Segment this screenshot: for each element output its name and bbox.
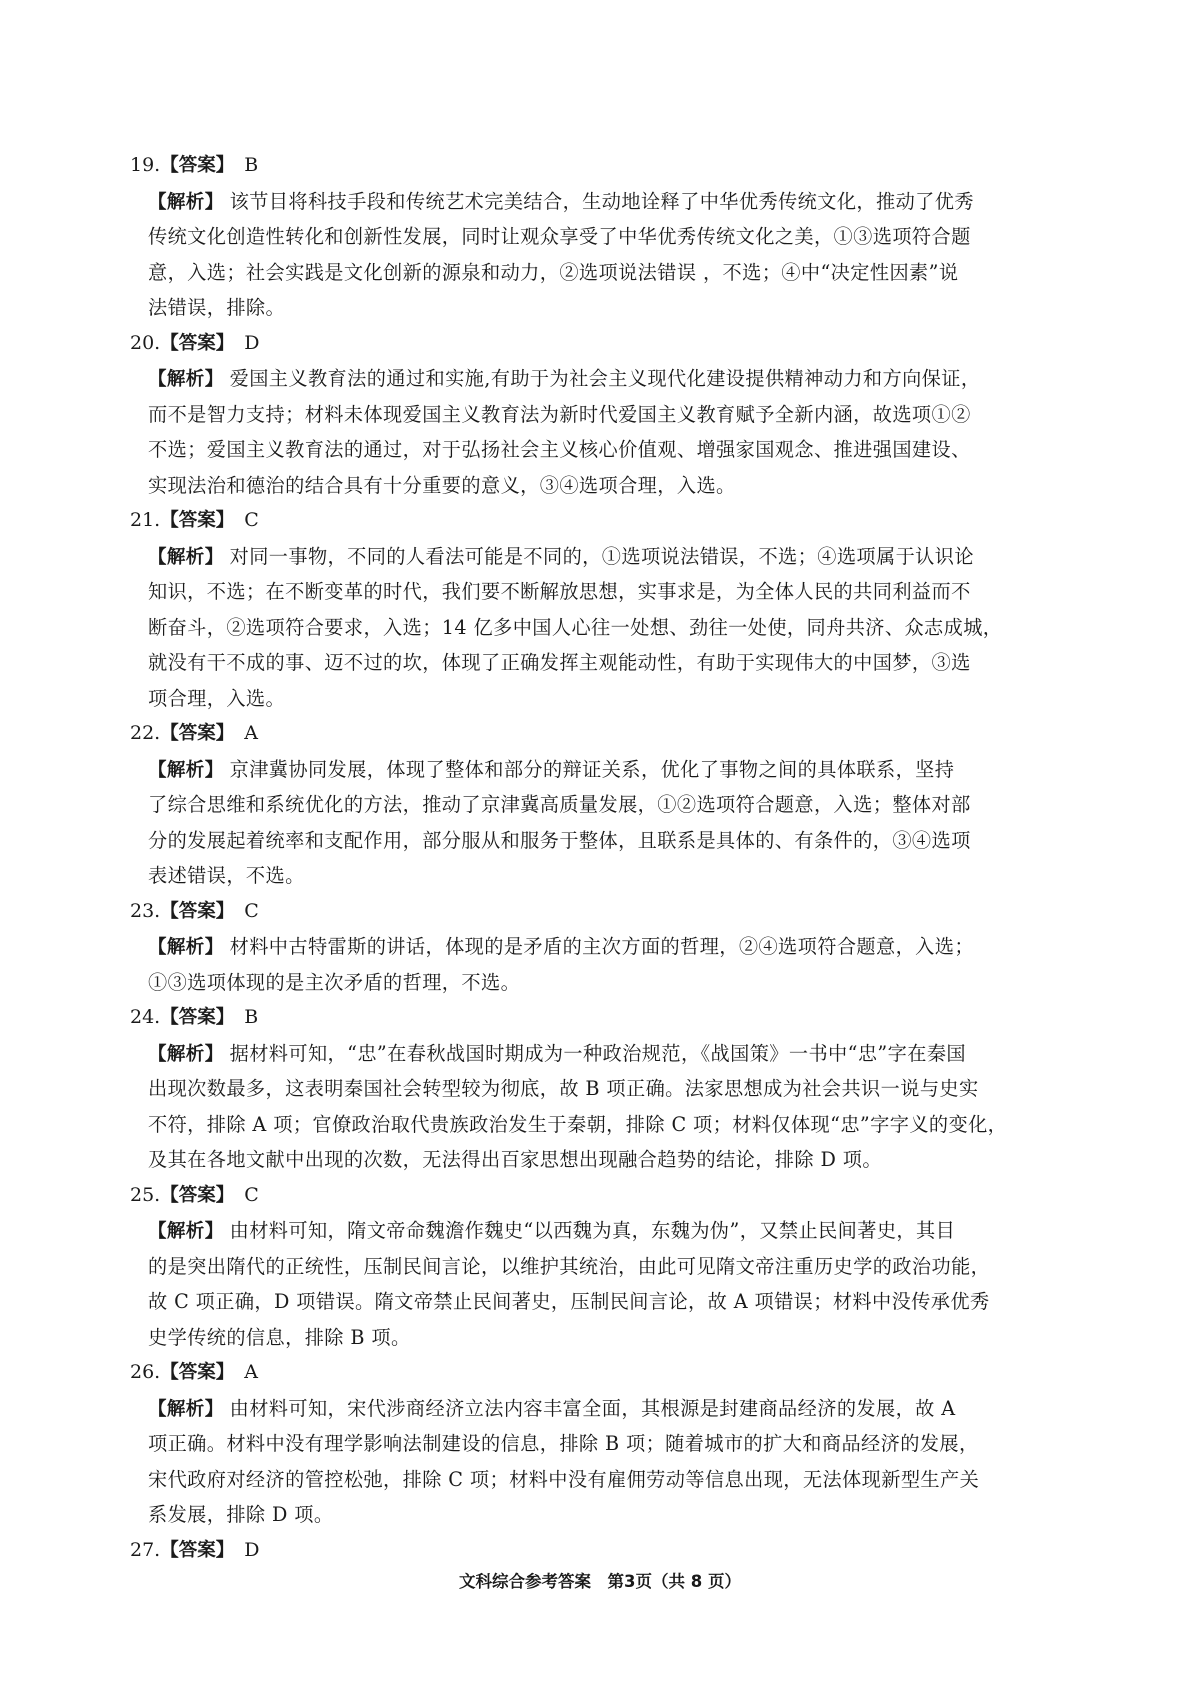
analysis-line: 不选；爱国主义教育法的通过，对于弘扬社会主义核心价值观、增强家国观念、推进强国建… xyxy=(148,432,1070,468)
page-footer: 文科综合参考答案 第3页（共 8 页） xyxy=(0,1568,1200,1592)
analysis-text: 而不是智力支持；材料未体现爱国主义教育法为新时代爱国主义教育赋予全新内涵，故选项… xyxy=(148,403,971,426)
analysis-label: 【解析】 xyxy=(148,1221,224,1242)
analysis-paragraph: 【解析】据材料可知，“忠”在春秋战国时期成为一种政治规范，《战国策》一书中“忠”… xyxy=(130,1036,1070,1178)
question-item: 22.【答案】A【解析】京津冀协同发展，体现了整体和部分的辩证关系，优化了事物之… xyxy=(130,716,1070,894)
analysis-label: 【解析】 xyxy=(148,192,224,213)
analysis-text: 断奋斗，②选项符合要求，入选；14 亿多中国人心往一处想、劲往一处使，同舟共济、… xyxy=(148,616,1002,639)
analysis-line: 就没有干不成的事、迈不过的坎，体现了正确发挥主观能动性，有助于实现伟大的中国梦，… xyxy=(148,645,1070,681)
question-item: 21.【答案】C【解析】对同一事物，不同的人看法可能是不同的，①选项说法错误，不… xyxy=(130,503,1070,716)
analysis-line: 【解析】该节目将科技手段和传统艺术完美结合，生动地诠释了中华优秀传统文化，推动了… xyxy=(148,184,1070,220)
answer-line: 21.【答案】C xyxy=(130,503,1070,539)
analysis-line: ①③选项体现的是主次矛盾的哲理，不选。 xyxy=(148,965,1070,1001)
analysis-label: 【解析】 xyxy=(148,937,224,958)
analysis-line: 及其在各地文献中出现的次数，无法得出百家思想出现融合趋势的结论，排除 D 项。 xyxy=(148,1142,1070,1178)
answer-value: A xyxy=(244,722,258,744)
analysis-label: 【解析】 xyxy=(148,1399,224,1420)
analysis-text: 实现法治和德治的结合具有十分重要的意义，③④选项合理，入选。 xyxy=(148,474,736,497)
analysis-text: 爱国主义教育法的通过和实施,有助于为社会主义现代化建设提供精神动力和方向保证， xyxy=(230,367,981,390)
analysis-text: 系发展，排除 D 项。 xyxy=(148,1503,333,1526)
analysis-text: 宋代政府对经济的管控松弛，排除 C 项；材料中没有雇佣劳动等信息出现，无法体现新… xyxy=(148,1468,979,1491)
analysis-paragraph: 【解析】材料中古特雷斯的讲话，体现的是矛盾的主次方面的哲理，②④选项符合题意，入… xyxy=(130,929,1070,1000)
question-number: 26. xyxy=(130,1355,160,1391)
question-number: 21. xyxy=(130,503,160,539)
analysis-label: 【解析】 xyxy=(148,1044,224,1065)
analysis-paragraph: 【解析】该节目将科技手段和传统艺术完美结合，生动地诠释了中华优秀传统文化，推动了… xyxy=(130,184,1070,326)
analysis-text: 由材料可知，宋代涉商经济立法内容丰富全面，其根源是封建商品经济的发展，故 A xyxy=(230,1397,956,1420)
answer-line: 20.【答案】D xyxy=(130,326,1070,362)
analysis-line: 【解析】对同一事物，不同的人看法可能是不同的，①选项说法错误，不选；④选项属于认… xyxy=(148,539,1070,575)
analysis-text: 故 C 项正确，D 项错误。隋文帝禁止民间著史，压制民间言论，故 A 项错误；材… xyxy=(148,1290,990,1313)
answer-label: 【答案】 xyxy=(160,510,234,531)
analysis-line: 出现次数最多，这表明秦国社会转型较为彻底，故 B 项正确。法家思想成为社会共识一… xyxy=(148,1071,1070,1107)
analysis-line: 的是突出隋代的正统性，压制民间言论，以维护其统治，由此可见隋文帝注重历史学的政治… xyxy=(148,1249,1070,1285)
answer-line: 23.【答案】C xyxy=(130,894,1070,930)
question-item: 19.【答案】B【解析】该节目将科技手段和传统艺术完美结合，生动地诠释了中华优秀… xyxy=(130,148,1070,326)
answer-label: 【答案】 xyxy=(160,1540,234,1561)
question-number: 27. xyxy=(130,1533,160,1569)
analysis-text: 了综合思维和系统优化的方法，推动了京津冀高质量发展，①②选项符合题意，入选；整体… xyxy=(148,793,971,816)
analysis-text: 传统文化创造性转化和创新性发展，同时让观众享受了中华优秀传统文化之美，①③选项符… xyxy=(148,225,971,248)
answer-line: 19.【答案】B xyxy=(130,148,1070,184)
analysis-text: 由材料可知，隋文帝命魏澹作魏史“以西魏为真，东魏为伪”，又禁止民间著史，其目 xyxy=(230,1219,956,1242)
answer-key-content: 19.【答案】B【解析】该节目将科技手段和传统艺术完美结合，生动地诠释了中华优秀… xyxy=(130,148,1070,1568)
answer-line: 27.【答案】D xyxy=(130,1533,1070,1569)
analysis-text: 该节目将科技手段和传统艺术完美结合，生动地诠释了中华优秀传统文化，推动了优秀 xyxy=(230,190,974,213)
document-page: 19.【答案】B【解析】该节目将科技手段和传统艺术完美结合，生动地诠释了中华优秀… xyxy=(0,0,1200,1698)
analysis-text: 意，入选；社会实践是文化创新的源泉和动力，②选项说法错误 ，不选；④中“决定性因… xyxy=(148,261,958,284)
analysis-text: 不符，排除 A 项；官僚政治取代贵族政治发生于秦朝，排除 C 项；材料仅体现“忠… xyxy=(148,1113,1007,1136)
answer-value: D xyxy=(244,332,259,354)
answer-value: C xyxy=(244,509,259,531)
answer-value: C xyxy=(244,900,259,922)
question-number: 19. xyxy=(130,148,160,184)
analysis-text: 京津冀协同发展，体现了整体和部分的辩证关系，优化了事物之间的具体联系，坚持 xyxy=(230,758,955,781)
answer-label: 【答案】 xyxy=(160,1007,234,1028)
answer-label: 【答案】 xyxy=(160,1362,234,1383)
analysis-paragraph: 【解析】京津冀协同发展，体现了整体和部分的辩证关系，优化了事物之间的具体联系，坚… xyxy=(130,752,1070,894)
analysis-line: 法错误，排除。 xyxy=(148,290,1070,326)
analysis-line: 【解析】由材料可知，宋代涉商经济立法内容丰富全面，其根源是封建商品经济的发展，故… xyxy=(148,1391,1070,1427)
analysis-paragraph: 【解析】爱国主义教育法的通过和实施,有助于为社会主义现代化建设提供精神动力和方向… xyxy=(130,361,1070,503)
analysis-text: 分的发展起着统率和支配作用，部分服从和服务于整体，且联系是具体的、有条件的，③④… xyxy=(148,829,971,852)
answer-value: A xyxy=(244,1361,258,1383)
answer-value: B xyxy=(244,1006,258,1028)
analysis-text: 出现次数最多，这表明秦国社会转型较为彻底，故 B 项正确。法家思想成为社会共识一… xyxy=(148,1077,979,1100)
analysis-line: 项合理，入选。 xyxy=(148,681,1070,717)
answer-label: 【答案】 xyxy=(160,1185,234,1206)
analysis-line: 【解析】据材料可知，“忠”在春秋战国时期成为一种政治规范，《战国策》一书中“忠”… xyxy=(148,1036,1070,1072)
analysis-line: 史学传统的信息，排除 B 项。 xyxy=(148,1320,1070,1356)
analysis-text: 就没有干不成的事、迈不过的坎，体现了正确发挥主观能动性，有助于实现伟大的中国梦，… xyxy=(148,651,971,674)
analysis-text: 史学传统的信息，排除 B 项。 xyxy=(148,1326,411,1349)
answer-label: 【答案】 xyxy=(160,723,234,744)
analysis-line: 系发展，排除 D 项。 xyxy=(148,1497,1070,1533)
analysis-line: 【解析】爱国主义教育法的通过和实施,有助于为社会主义现代化建设提供精神动力和方向… xyxy=(148,361,1070,397)
analysis-text: 的是突出隋代的正统性，压制民间言论，以维护其统治，由此可见隋文帝注重历史学的政治… xyxy=(148,1255,990,1278)
question-item: 20.【答案】D【解析】爱国主义教育法的通过和实施,有助于为社会主义现代化建设提… xyxy=(130,326,1070,504)
analysis-line: 传统文化创造性转化和创新性发展，同时让观众享受了中华优秀传统文化之美，①③选项符… xyxy=(148,219,1070,255)
analysis-label: 【解析】 xyxy=(148,369,224,390)
question-item: 23.【答案】C【解析】材料中古特雷斯的讲话，体现的是矛盾的主次方面的哲理，②④… xyxy=(130,894,1070,1001)
analysis-paragraph: 【解析】由材料可知，宋代涉商经济立法内容丰富全面，其根源是封建商品经济的发展，故… xyxy=(130,1391,1070,1533)
analysis-text: ①③选项体现的是主次矛盾的哲理，不选。 xyxy=(148,971,520,994)
analysis-line: 宋代政府对经济的管控松弛，排除 C 项；材料中没有雇佣劳动等信息出现，无法体现新… xyxy=(148,1462,1070,1498)
analysis-text: 据材料可知，“忠”在春秋战国时期成为一种政治规范，《战国策》一书中“忠”字在秦国 xyxy=(230,1042,966,1065)
answer-label: 【答案】 xyxy=(160,155,234,176)
answer-line: 26.【答案】A xyxy=(130,1355,1070,1391)
analysis-text: 材料中古特雷斯的讲话，体现的是矛盾的主次方面的哲理，②④选项符合题意，入选； xyxy=(230,935,974,958)
analysis-text: 项正确。材料中没有理学影响法制建设的信息，排除 B 项；随着城市的扩大和商品经济… xyxy=(148,1432,979,1455)
question-item: 25.【答案】C【解析】由材料可知，隋文帝命魏澹作魏史“以西魏为真，东魏为伪”，… xyxy=(130,1178,1070,1356)
question-number: 22. xyxy=(130,716,160,752)
analysis-line: 分的发展起着统率和支配作用，部分服从和服务于整体，且联系是具体的、有条件的，③④… xyxy=(148,823,1070,859)
analysis-text: 对同一事物，不同的人看法可能是不同的，①选项说法错误，不选；④选项属于认识论 xyxy=(230,545,974,568)
answer-line: 24.【答案】B xyxy=(130,1000,1070,1036)
question-number: 20. xyxy=(130,326,160,362)
analysis-line: 知识，不选；在不断变革的时代，我们要不断解放思想，实事求是，为全体人民的共同利益… xyxy=(148,574,1070,610)
analysis-line: 了综合思维和系统优化的方法，推动了京津冀高质量发展，①②选项符合题意，入选；整体… xyxy=(148,787,1070,823)
analysis-line: 断奋斗，②选项符合要求，入选；14 亿多中国人心往一处想、劲往一处使，同舟共济、… xyxy=(148,610,1070,646)
question-item: 27.【答案】D xyxy=(130,1533,1070,1569)
analysis-label: 【解析】 xyxy=(148,760,224,781)
analysis-label: 【解析】 xyxy=(148,547,224,568)
analysis-line: 项正确。材料中没有理学影响法制建设的信息，排除 B 项；随着城市的扩大和商品经济… xyxy=(148,1426,1070,1462)
analysis-text: 及其在各地文献中出现的次数，无法得出百家思想出现融合趋势的结论，排除 D 项。 xyxy=(148,1148,882,1171)
answer-value: D xyxy=(244,1539,259,1561)
analysis-line: 意，入选；社会实践是文化创新的源泉和动力，②选项说法错误 ，不选；④中“决定性因… xyxy=(148,255,1070,291)
answer-label: 【答案】 xyxy=(160,901,234,922)
answer-line: 25.【答案】C xyxy=(130,1178,1070,1214)
analysis-text: 表述错误，不选。 xyxy=(148,864,305,887)
analysis-line: 故 C 项正确，D 项错误。隋文帝禁止民间著史，压制民间言论，故 A 项错误；材… xyxy=(148,1284,1070,1320)
analysis-line: 不符，排除 A 项；官僚政治取代贵族政治发生于秦朝，排除 C 项；材料仅体现“忠… xyxy=(148,1107,1070,1143)
analysis-text: 知识，不选；在不断变革的时代，我们要不断解放思想，实事求是，为全体人民的共同利益… xyxy=(148,580,971,603)
analysis-line: 表述错误，不选。 xyxy=(148,858,1070,894)
question-number: 24. xyxy=(130,1000,160,1036)
analysis-line: 而不是智力支持；材料未体现爱国主义教育法为新时代爱国主义教育赋予全新内涵，故选项… xyxy=(148,397,1070,433)
answer-line: 22.【答案】A xyxy=(130,716,1070,752)
analysis-text: 不选；爱国主义教育法的通过，对于弘扬社会主义核心价值观、增强家国观念、推进强国建… xyxy=(148,438,971,461)
question-item: 26.【答案】A【解析】由材料可知，宋代涉商经济立法内容丰富全面，其根源是封建商… xyxy=(130,1355,1070,1533)
analysis-text: 法错误，排除。 xyxy=(148,296,285,319)
analysis-line: 【解析】京津冀协同发展，体现了整体和部分的辩证关系，优化了事物之间的具体联系，坚… xyxy=(148,752,1070,788)
question-item: 24.【答案】B【解析】据材料可知，“忠”在春秋战国时期成为一种政治规范，《战国… xyxy=(130,1000,1070,1178)
analysis-paragraph: 【解析】由材料可知，隋文帝命魏澹作魏史“以西魏为真，东魏为伪”，又禁止民间著史，… xyxy=(130,1213,1070,1355)
analysis-line: 实现法治和德治的结合具有十分重要的意义，③④选项合理，入选。 xyxy=(148,468,1070,504)
analysis-line: 【解析】材料中古特雷斯的讲话，体现的是矛盾的主次方面的哲理，②④选项符合题意，入… xyxy=(148,929,1070,965)
answer-value: B xyxy=(244,154,258,176)
analysis-text: 项合理，入选。 xyxy=(148,687,285,710)
answer-label: 【答案】 xyxy=(160,333,234,354)
analysis-line: 【解析】由材料可知，隋文帝命魏澹作魏史“以西魏为真，东魏为伪”，又禁止民间著史，… xyxy=(148,1213,1070,1249)
question-number: 25. xyxy=(130,1178,160,1214)
analysis-paragraph: 【解析】对同一事物，不同的人看法可能是不同的，①选项说法错误，不选；④选项属于认… xyxy=(130,539,1070,717)
question-number: 23. xyxy=(130,894,160,930)
answer-value: C xyxy=(244,1184,259,1206)
